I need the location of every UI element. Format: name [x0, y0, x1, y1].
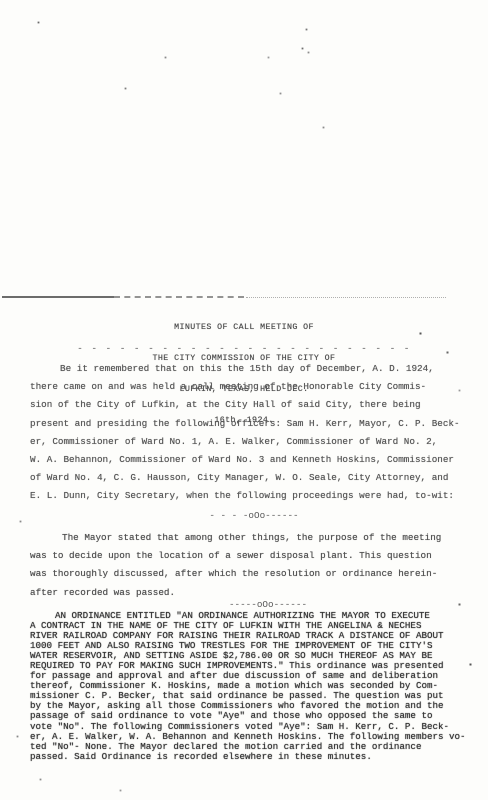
paragraph-ordinance-record: AN ORDINANCE ENTITLED "AN ORDINANCE AUTH…: [30, 611, 470, 762]
scan-fold-artifact-solid: [2, 296, 114, 298]
paragraph-opening-record: Be it remembered that on this the 15th d…: [30, 360, 466, 506]
scan-fold-artifact-dashed: [114, 296, 244, 298]
section-separator-1: - - - -oOo------: [0, 510, 488, 521]
scanned-document-page: MINUTES OF CALL MEETING OF THE CITY COMM…: [0, 0, 488, 800]
title-line-1: MINUTES OF CALL MEETING OF: [0, 323, 488, 333]
section-separator-2: -----oOo------: [0, 599, 488, 610]
scan-fold-artifact-dotted: [246, 297, 446, 298]
scan-noise-specks: [0, 0, 1, 1]
paragraph-meeting-purpose: The Mayor stated that among other things…: [30, 529, 466, 602]
heading-dashed-rule: - - - - - - - - - - - - - - - - - - - - …: [0, 343, 488, 354]
